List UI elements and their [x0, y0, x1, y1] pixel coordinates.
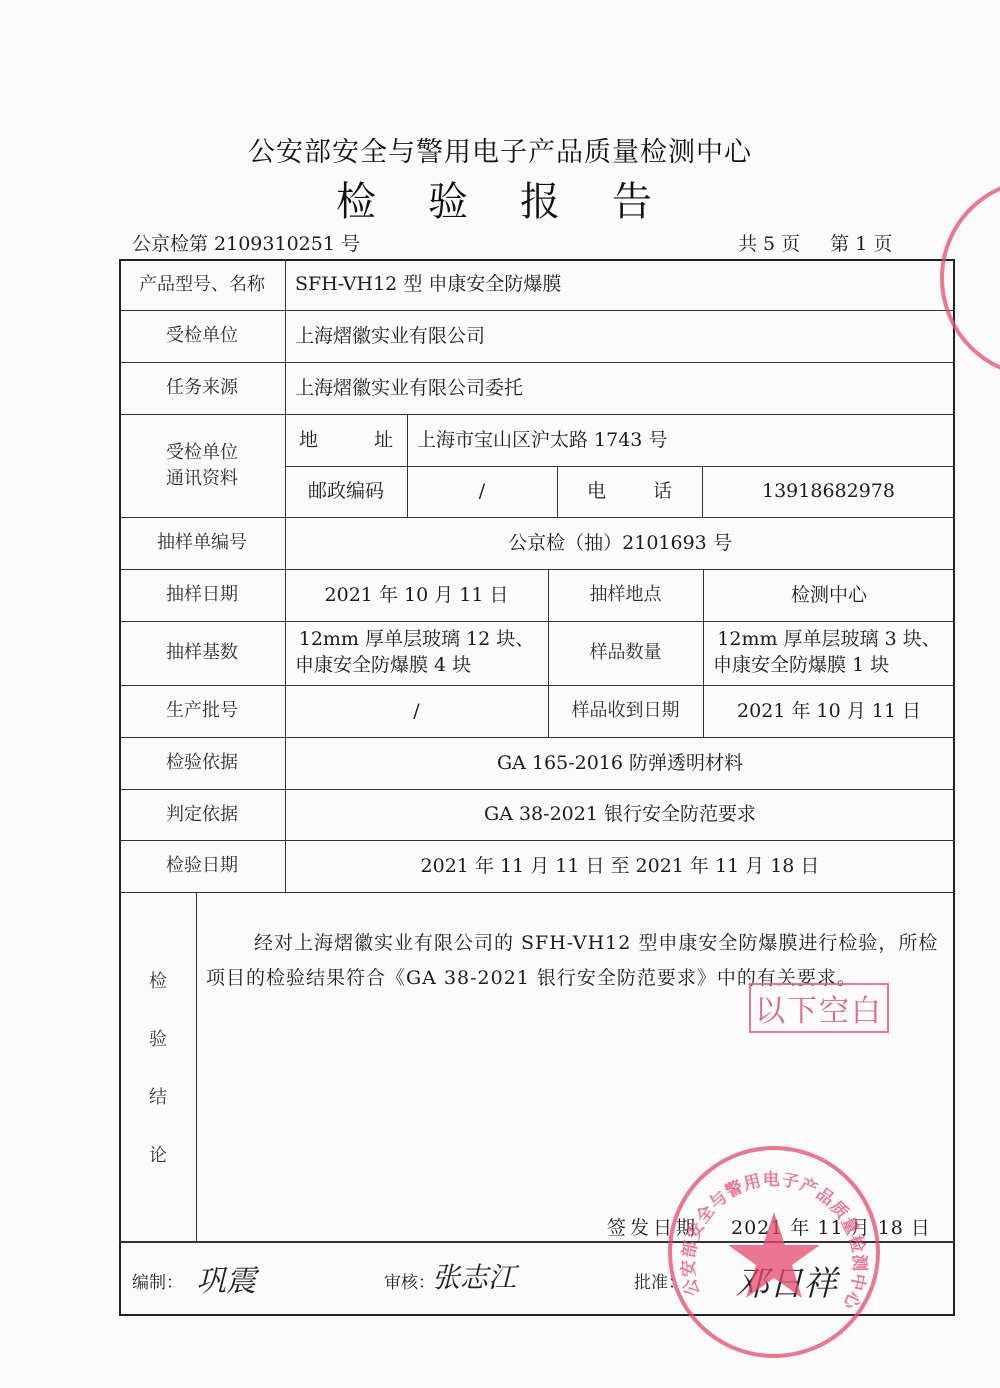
- phone-label-a: 电: [587, 478, 606, 505]
- prepared-by-signature: 巩震: [196, 1256, 256, 1300]
- conclusion-label-char: 检: [149, 967, 167, 993]
- received-date-value: 2021 年 10 月 11 日: [703, 685, 955, 737]
- inspected-unit-label: 受检单位: [119, 310, 285, 362]
- contact-info-label-line2: 通讯资料: [166, 466, 238, 491]
- sampling-base-line2: 申康安全防爆膜 4 块: [285, 653, 471, 679]
- sampling-form-value: 公京检（抽）2101693 号: [285, 517, 955, 569]
- sampling-base-label: 抽样基数: [119, 621, 285, 685]
- address-label-b: 址: [374, 427, 393, 454]
- batch-no-value: /: [285, 685, 548, 737]
- conclusion-label-char: 论: [149, 1141, 167, 1167]
- page-info: 共 5 页第 1 页: [738, 229, 892, 256]
- address-label: 地 址: [285, 414, 407, 466]
- reviewed-by-label: 审核：: [384, 1268, 435, 1293]
- contact-info-label: 受检单位 通讯资料: [119, 414, 285, 517]
- document-title: 检验报告: [0, 170, 1000, 227]
- reviewed-by-signature: 张志江: [432, 1256, 516, 1296]
- conclusion-label-char: 结: [149, 1083, 167, 1109]
- sampling-date-value: 2021 年 10 月 11 日: [285, 569, 548, 621]
- official-seal: 公安部安全与警用电子产品质量检测中心检验检测专用章: [668, 1146, 880, 1358]
- seal-text-ring: 公安部安全与警用电子产品质量检测中心检验检测专用章: [672, 1150, 876, 1354]
- phone-label-b: 话: [653, 478, 672, 505]
- sample-quantity-line2: 申康安全防爆膜 1 块: [703, 653, 889, 679]
- batch-no-label: 生产批号: [119, 685, 285, 737]
- conclusion-label: 检 验 结 论: [119, 892, 197, 1241]
- star-icon: [728, 1212, 820, 1298]
- sampling-base-line1: 12mm 厚单层玻璃 12 块、: [299, 627, 535, 653]
- sample-quantity-label: 样品数量: [548, 621, 703, 685]
- sample-quantity-value: 12mm 厚单层玻璃 3 块、 申康安全防爆膜 1 块: [703, 621, 955, 685]
- task-source-value: 上海熠徽实业有限公司委托: [285, 362, 955, 414]
- sampling-form-label: 抽样单编号: [119, 517, 285, 569]
- blank-below-stamp: 以下空白: [749, 983, 889, 1033]
- phone-value: 13918682978: [702, 466, 955, 517]
- sampling-location-value: 检测中心: [703, 569, 955, 621]
- address-label-a: 地: [299, 427, 318, 454]
- organization-name: 公安部安全与警用电子产品质量检测中心: [0, 130, 1000, 169]
- inspection-basis-label: 检验依据: [119, 737, 285, 789]
- inspection-basis-value: GA 165-2016 防弹透明材料: [285, 737, 955, 789]
- sampling-date-label: 抽样日期: [119, 569, 285, 621]
- phone-label: 电 话: [557, 466, 702, 517]
- report-number: 公京检第 2109310251 号: [132, 229, 360, 256]
- judgment-basis-value: GA 38-2021 银行安全防范要求: [285, 789, 955, 840]
- judgment-basis-label: 判定依据: [119, 789, 285, 840]
- product-label: 产品型号、名称: [119, 259, 285, 310]
- contact-info-label-line1: 受检单位: [166, 440, 238, 465]
- sampling-base-value: 12mm 厚单层玻璃 12 块、 申康安全防爆膜 4 块: [285, 621, 548, 685]
- address-value: 上海市宝山区沪太路 1743 号: [407, 414, 955, 466]
- inspection-dates-label: 检验日期: [119, 840, 285, 892]
- task-source-label: 任务来源: [119, 362, 285, 414]
- received-date-label: 样品收到日期: [548, 685, 703, 737]
- inspection-dates-value: 2021 年 11 月 11 日 至 2021 年 11 月 18 日: [285, 840, 955, 892]
- postal-code-label: 邮政编码: [285, 466, 407, 517]
- sample-quantity-line1: 12mm 厚单层玻璃 3 块、: [717, 627, 940, 653]
- inspected-unit-value: 上海熠徽实业有限公司: [285, 310, 955, 362]
- sampling-location-label: 抽样地点: [548, 569, 703, 621]
- postal-code-value: /: [407, 466, 557, 517]
- current-page: 第 1 页: [830, 233, 892, 255]
- row-divider: [119, 892, 955, 893]
- prepared-by-label: 编制：: [132, 1268, 183, 1293]
- product-value: SFH-VH12 型 申康安全防爆膜: [285, 259, 955, 310]
- conclusion-label-char: 验: [149, 1025, 167, 1051]
- total-pages: 共 5 页: [738, 233, 800, 255]
